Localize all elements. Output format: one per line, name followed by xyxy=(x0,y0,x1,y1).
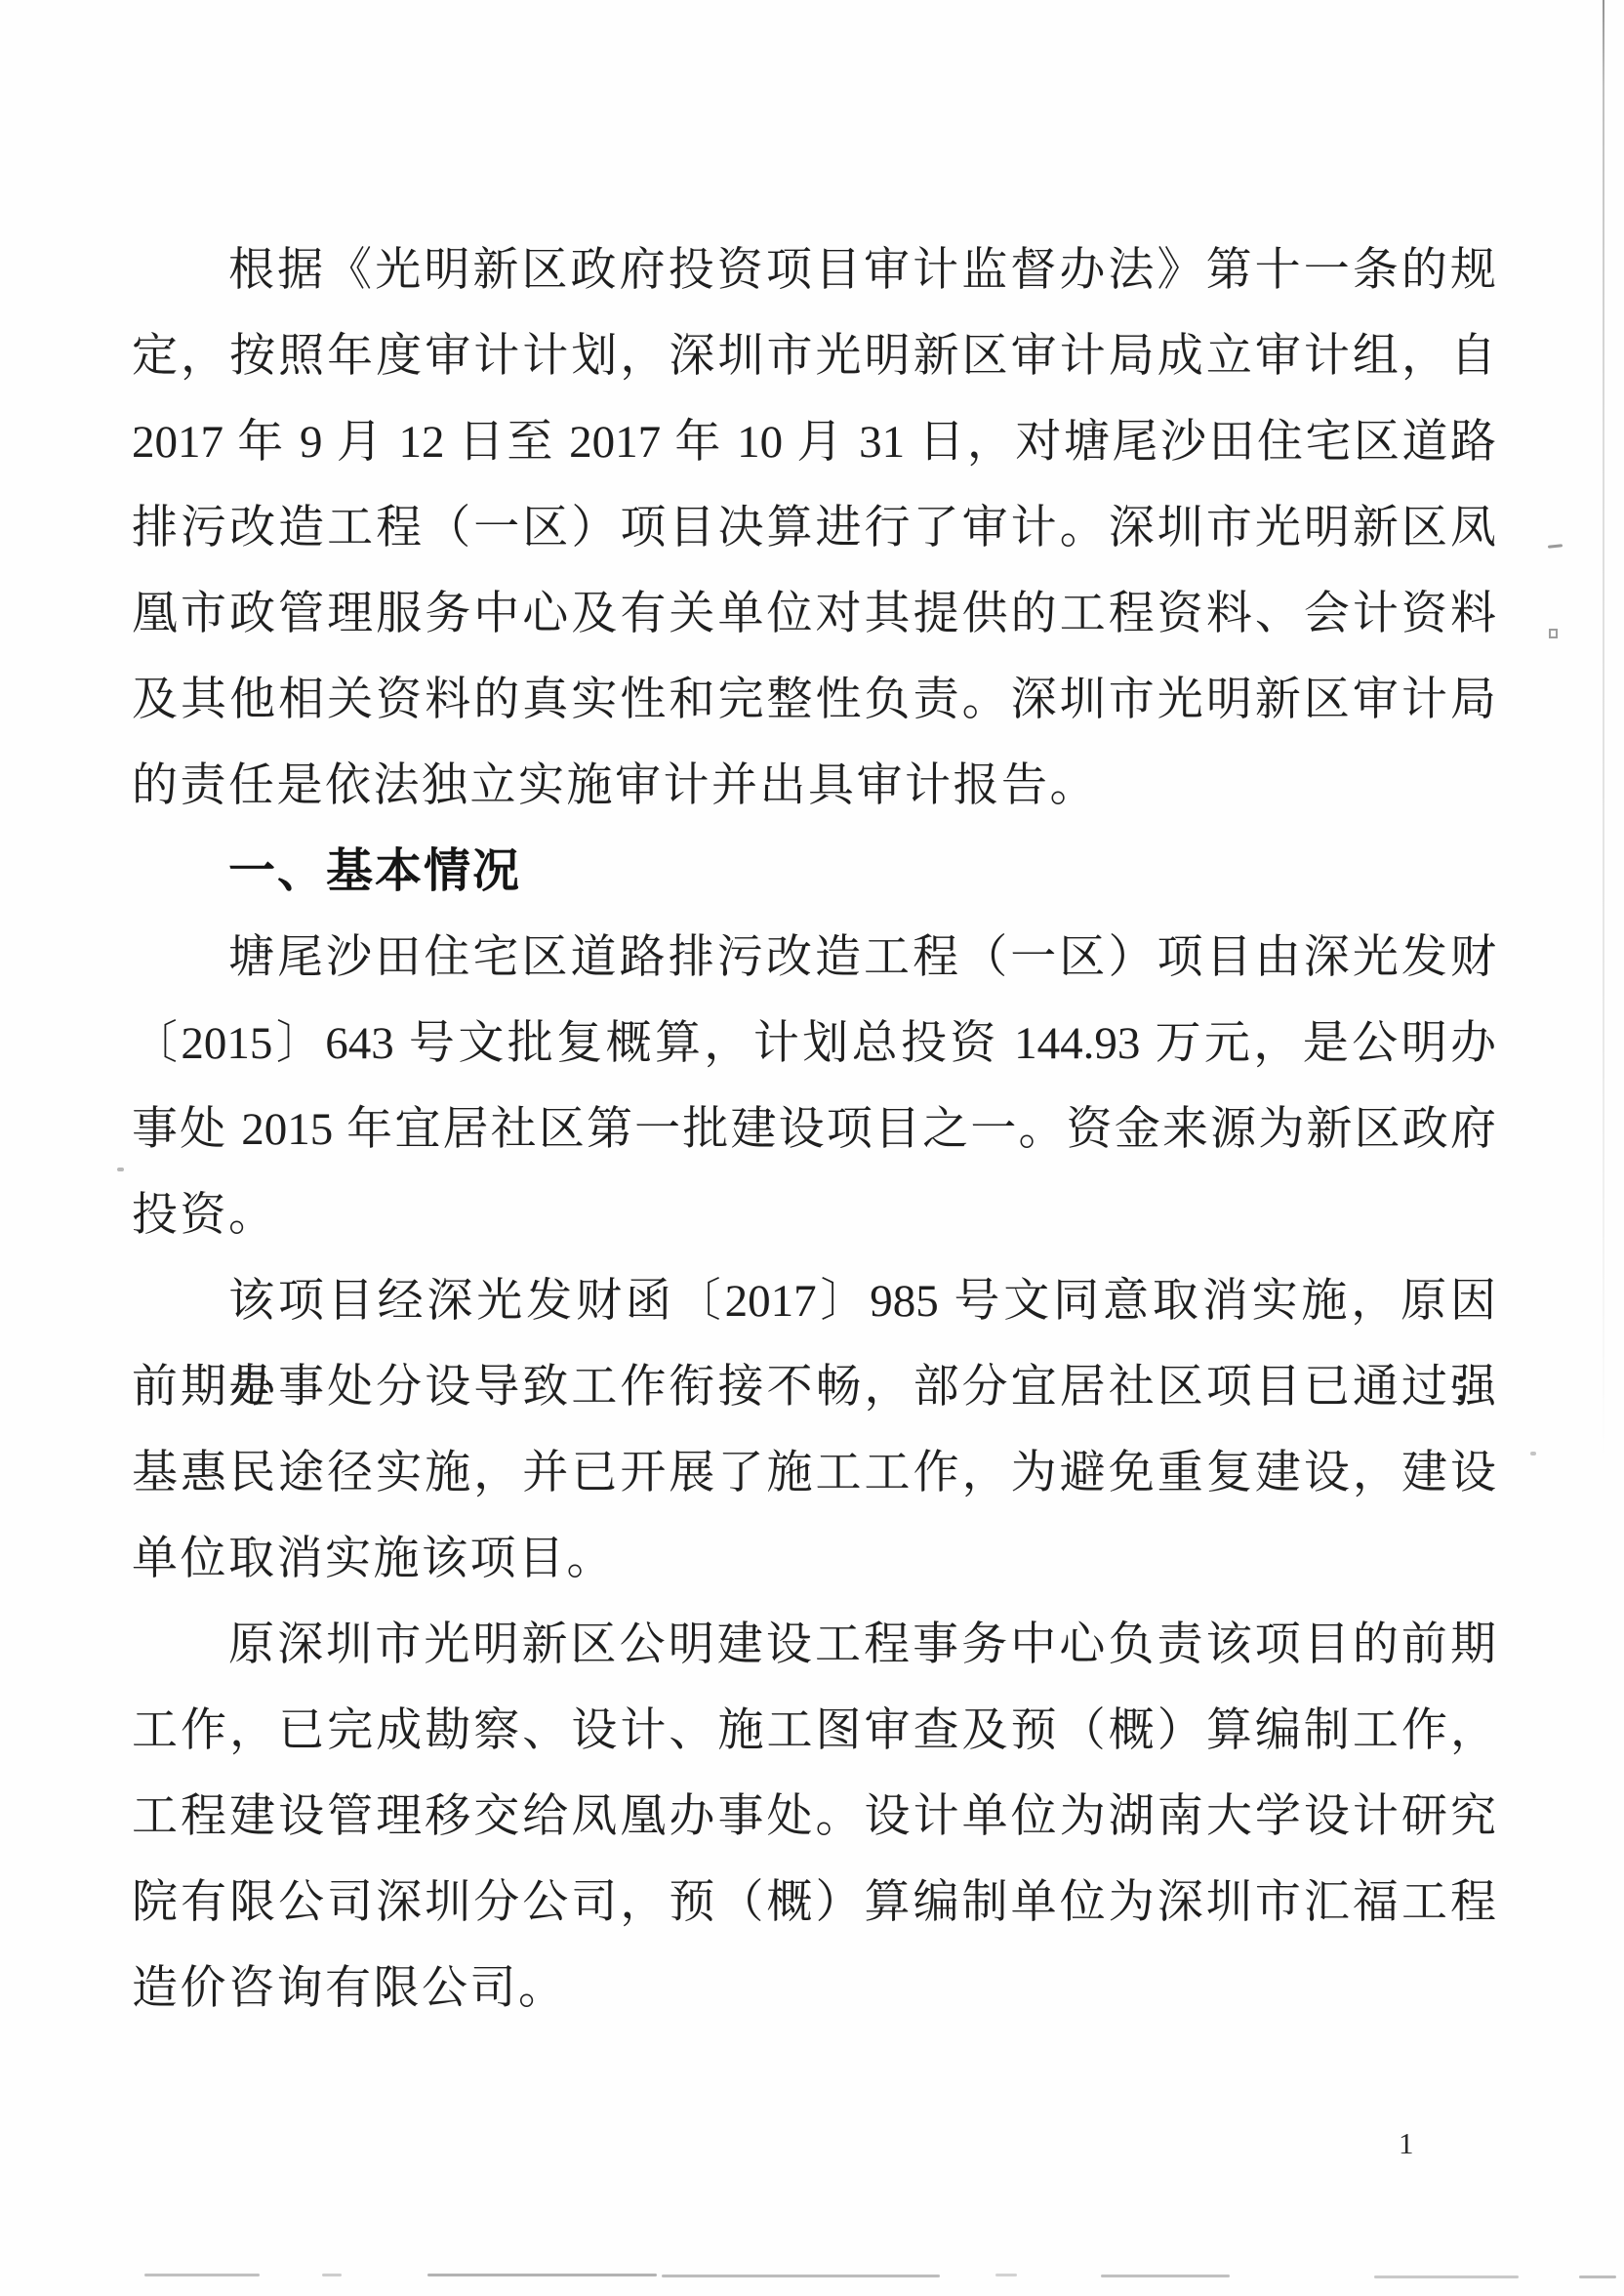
text-line: 2017 年 9 月 12 日至 2017 年 10 月 31 日，对塘尾沙田住… xyxy=(132,399,1496,485)
text-line: 工程建设管理移交给凤凰办事处。设计单位为湖南大学设计研究 xyxy=(132,1774,1496,1860)
scan-dash xyxy=(144,2274,260,2276)
text-line: 投资。 xyxy=(132,1172,1496,1258)
text-line: 造价咨询有限公司。 xyxy=(132,1946,1496,2031)
scan-speck xyxy=(1549,629,1558,638)
document-page: 根据《光明新区政府投资项目审计监督办法》第十一条的规 定，按照年度审计计划，深圳… xyxy=(0,0,1624,2296)
scan-dash xyxy=(322,2274,342,2276)
text-line: 工作，已完成勘察、设计、施工图审查及预（概）算编制工作， xyxy=(132,1688,1496,1774)
text-line: 原深圳市光明新区公明建设工程事务中心负责该项目的前期 xyxy=(132,1602,1496,1688)
section-heading: 一、基本情况 xyxy=(132,829,1496,915)
scan-dash xyxy=(995,2274,1017,2276)
scan-dash xyxy=(1579,2275,1616,2278)
text-line: 根据《光明新区政府投资项目审计监督办法》第十一条的规 xyxy=(132,227,1496,313)
scan-speck xyxy=(1548,544,1563,549)
text-line: 单位取消实施该项目。 xyxy=(132,1516,1496,1602)
text-line: 排污改造工程（一区）项目决算进行了审计。深圳市光明新区凤 xyxy=(132,485,1496,571)
scan-dash xyxy=(1101,2275,1230,2277)
text-line: 及其他相关资料的真实性和完整性负责。深圳市光明新区审计局 xyxy=(132,657,1496,743)
text-line: 事处 2015 年宜居社区第一批建设项目之一。资金来源为新区政府 xyxy=(132,1086,1496,1172)
document-body: 根据《光明新区政府投资项目审计监督办法》第十一条的规 定，按照年度审计计划，深圳… xyxy=(132,227,1496,2031)
text-line: 该项目经深光发财函〔2017〕985 号文同意取消实施，原因是： xyxy=(132,1258,1496,1344)
scan-dash xyxy=(427,2274,657,2276)
page-number: 1 xyxy=(1399,2124,1414,2163)
scan-dash xyxy=(1374,2275,1519,2278)
text-line: 凰市政管理服务中心及有关单位对其提供的工程资料、会计资料 xyxy=(132,571,1496,657)
scan-artifact-bottom-edge xyxy=(0,2273,1624,2278)
text-line: 塘尾沙田住宅区道路排污改造工程（一区）项目由深光发财 xyxy=(132,915,1496,1001)
text-line: 院有限公司深圳分公司，预（概）算编制单位为深圳市汇福工程 xyxy=(132,1860,1496,1946)
text-line: 基惠民途径实施，并已开展了施工工作，为避免重复建设，建设 xyxy=(132,1430,1496,1516)
scan-artifact-vertical-line xyxy=(1603,0,1604,1464)
text-line: 〔2015〕643 号文批复概算，计划总投资 144.93 万元，是公明办 xyxy=(132,1001,1496,1086)
text-line: 定，按照年度审计计划，深圳市光明新区审计局成立审计组，自 xyxy=(132,313,1496,399)
text-line: 的责任是依法独立实施审计并出具审计报告。 xyxy=(132,743,1496,829)
scan-dash xyxy=(662,2275,940,2277)
scan-speck xyxy=(1530,1452,1536,1455)
text-line: 前期办事处分设导致工作衔接不畅，部分宜居社区项目已通过强 xyxy=(132,1344,1496,1430)
scan-speck xyxy=(117,1168,124,1171)
